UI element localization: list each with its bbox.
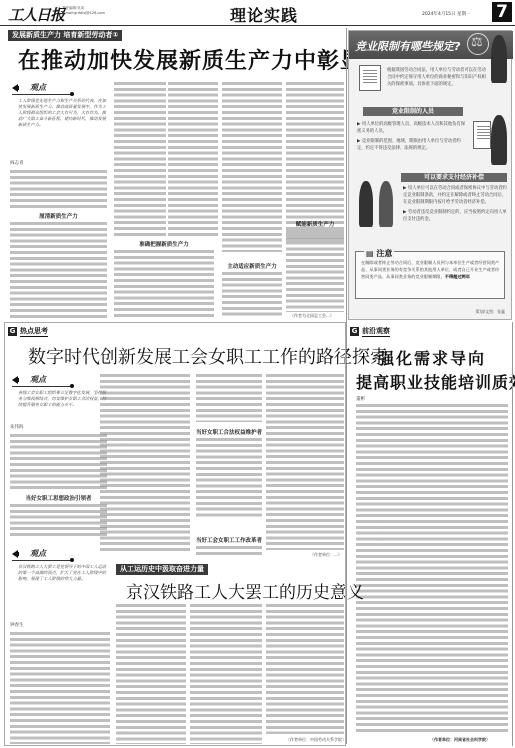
person-icon (491, 35, 507, 83)
infographic-section1-title: 竞业限制的人员 (363, 107, 463, 116)
newspaper-logo: 工人日报 (8, 4, 64, 25)
divider (12, 94, 72, 95)
article1-col3-text-a (222, 82, 282, 252)
infographic-intro: 根据我国劳动合同法，用人单位与劳动者可以在劳动合同中约定保守用人单位的商业秘密和… (387, 67, 487, 88)
article1-col2b-text (168, 82, 218, 237)
notice-box: ▤ 注意 在解除或者终止劳动合同后，竞业限制人员到与本单位生产或者经营同类产品、… (355, 251, 505, 299)
page-number: 7 (492, 2, 512, 22)
article1-col2-text-b (114, 250, 214, 318)
issue-date: 2024年4月15日 星期一 (422, 11, 470, 17)
editor-info: 责任编辑:吴凤 E-mail:grrbllsj@126.com (62, 6, 105, 16)
document-icon (359, 65, 381, 91)
infographic-credit: 策划/文图：张鑫 (476, 309, 505, 315)
article1-col3-text-b (222, 272, 282, 318)
article4-byline: 董彬 (356, 396, 365, 402)
series-banner: 发展新质生产力 培育新型劳动者① (8, 30, 122, 41)
article1-subhead-3: 准确把握新质生产力 (114, 240, 214, 248)
article1-viewpoint: 观点 工人阶级是先进生产力和生产关系的代表，在加快发展新质生产力、推动高质量发展… (12, 82, 107, 128)
article1-end-note: （作者为全国总工会...） (290, 313, 334, 319)
article-frame (4, 322, 346, 746)
person-icon (359, 181, 373, 227)
speaker-icon (12, 84, 18, 92)
article1-subhead-1: 厘清新质生产力 (10, 212, 107, 220)
infographic-title: 竞业限制有哪些规定? (355, 38, 460, 54)
person-icon (491, 115, 507, 165)
notice-title: ▤ 注意 (364, 248, 394, 259)
scales-icon (467, 33, 489, 55)
article1-byline: 阎志青 (10, 160, 24, 166)
article1-subhead-4: 主动适应新质生产力 (222, 262, 282, 270)
column-divider (346, 28, 347, 744)
masthead: 工人日报 责任编辑:吴凤 E-mail:grrbllsj@126.com 理论实… (0, 0, 515, 26)
article4-tag: G 前沿观察 (350, 326, 390, 337)
section-title: 理论实践 (230, 3, 298, 26)
article1-col4-text-a (286, 82, 344, 242)
column-logo-icon: G (350, 327, 359, 336)
article4-title-line1[interactable]: 强化需求导向 (378, 346, 486, 369)
article4-end-note: （作者单位：河南省社会科学院） (430, 737, 490, 743)
person-icon (379, 181, 393, 227)
article1-subhead-2: 赋能新质生产力 (286, 220, 344, 228)
article1-col4-text-b (286, 230, 344, 312)
article1-col2-text-a (114, 82, 166, 237)
infographic-noncompete: 竞业限制有哪些规定? 根据我国劳动合同法，用人单位与劳动者可以在劳动合同中约定保… (348, 30, 512, 320)
column-divider (512, 322, 513, 746)
notice-icon: ▤ (366, 249, 376, 258)
article4-title-line2[interactable]: 提高职业技能培训质效 (356, 370, 515, 393)
checklist-icon (473, 121, 491, 149)
article1-col1-text-b (10, 222, 107, 318)
article4-body-text (356, 404, 508, 734)
infographic-section2-title: 可以要求支付经济补偿 (401, 173, 507, 182)
article1-col1-text-a (10, 170, 107, 208)
